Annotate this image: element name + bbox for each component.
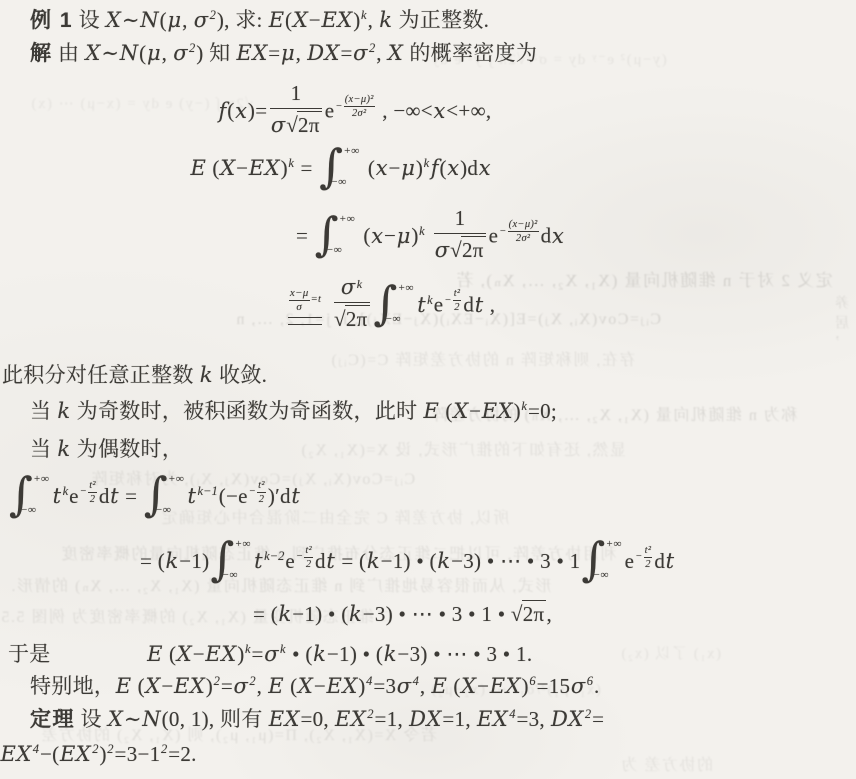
variable: X bbox=[105, 8, 121, 32]
variable: t bbox=[665, 549, 675, 573]
text-run: 此积分对任意正整数 bbox=[2, 363, 199, 387]
text-run: • ( bbox=[287, 642, 313, 666]
variable: k bbox=[383, 642, 397, 666]
text-run: k bbox=[424, 156, 430, 170]
denominator: σ√2π bbox=[434, 234, 485, 263]
text-run: − bbox=[384, 224, 396, 248]
tiny-fraction: x−μσ bbox=[289, 288, 310, 314]
double-line bbox=[288, 317, 322, 325]
text-run: 设 bbox=[73, 8, 105, 32]
variable: σ bbox=[396, 674, 412, 698]
sqrt-radical: √2π bbox=[511, 600, 547, 627]
variable: k bbox=[379, 8, 393, 32]
variable: EX bbox=[335, 707, 367, 731]
text-run: =0, bbox=[300, 707, 334, 731]
integral-sign: ∫+∞−∞ bbox=[319, 145, 359, 189]
variable: EX bbox=[326, 674, 358, 698]
variable: X bbox=[85, 41, 101, 65]
variable: f bbox=[218, 99, 227, 123]
text-run: − bbox=[477, 674, 489, 698]
upper-limit: +∞ bbox=[398, 282, 414, 295]
denominator: 2 bbox=[257, 493, 266, 505]
text-run: =15 bbox=[537, 674, 571, 698]
text-run: −3) • ⋯ • 3 • 1 • bbox=[363, 602, 511, 626]
denominator: 2 bbox=[304, 558, 313, 570]
variable: t bbox=[326, 549, 336, 573]
text-run: − bbox=[193, 642, 205, 666]
text-run: ( bbox=[439, 156, 446, 180]
variable: σ bbox=[340, 275, 356, 299]
text-run: = bbox=[252, 642, 264, 666]
text-run: 2 bbox=[189, 41, 195, 55]
text-run: 2 bbox=[92, 742, 98, 756]
superscript: 6 bbox=[587, 674, 593, 688]
fraction: σk√2π bbox=[334, 275, 370, 332]
text-run: =2. bbox=[168, 742, 197, 766]
text-run: 的概率密度为 bbox=[404, 41, 537, 65]
tiny-fraction: t²2 bbox=[304, 545, 313, 570]
denominator: σ√2π bbox=[270, 109, 321, 138]
text-run: , bbox=[162, 41, 173, 65]
variable: k bbox=[57, 399, 71, 423]
text-run: , bbox=[420, 674, 431, 698]
exponent-sign: − bbox=[335, 102, 342, 113]
superscript: 2 bbox=[189, 41, 195, 55]
text-run: 1 bbox=[455, 206, 466, 230]
text-run: ( bbox=[132, 674, 145, 698]
text-run: k bbox=[357, 277, 362, 291]
superscript: 4 bbox=[33, 742, 39, 756]
denominator: 2σ² bbox=[344, 107, 375, 119]
even-k-case-line: 当 k 为偶数时， bbox=[30, 437, 183, 462]
superscript: k bbox=[427, 293, 433, 307]
superscript: 4 bbox=[413, 674, 419, 688]
text-run: ( bbox=[207, 156, 220, 180]
variable: σ bbox=[193, 8, 209, 32]
solution-intro-line: 解 由 X∼N(μ, σ2) 知 EX=μ, DX=σ2, X 的概率密度为 bbox=[30, 41, 537, 66]
text-run: d bbox=[463, 293, 474, 317]
variable: X bbox=[292, 8, 308, 32]
variable: X bbox=[107, 707, 123, 731]
text-run: 2π bbox=[523, 602, 545, 626]
text-run: e bbox=[434, 293, 444, 317]
text-run: 2 bbox=[585, 707, 591, 721]
upper-limit: +∞ bbox=[33, 473, 49, 486]
variable: EX bbox=[0, 742, 32, 766]
variable: μ bbox=[280, 41, 295, 65]
text-run bbox=[426, 224, 432, 248]
integral-sign: ∫+∞−∞ bbox=[210, 538, 250, 582]
fraction: 1σ√2π bbox=[434, 206, 485, 263]
numerator: t² bbox=[304, 545, 313, 558]
variable: t bbox=[417, 293, 427, 317]
integral-sign: ∫+∞−∞ bbox=[144, 473, 184, 517]
numerator: 1 bbox=[270, 81, 321, 109]
variable: X bbox=[461, 674, 477, 698]
variable: k bbox=[437, 549, 451, 573]
superscript: k bbox=[424, 156, 430, 170]
text-run: , bbox=[296, 41, 307, 65]
integral-sign: ∫+∞−∞ bbox=[374, 282, 414, 326]
text-run: − bbox=[236, 156, 248, 180]
radicand: 2π bbox=[297, 111, 322, 138]
variable: EX bbox=[248, 156, 280, 180]
numerator: t² bbox=[88, 480, 97, 493]
variable: N bbox=[119, 41, 139, 65]
radicand: 2π bbox=[345, 305, 370, 332]
superscript: 2 bbox=[369, 41, 375, 55]
text-run: =3, bbox=[516, 707, 550, 731]
text-run: 设 bbox=[75, 707, 107, 731]
text-run: d bbox=[315, 549, 326, 573]
text-run: , bbox=[546, 602, 552, 626]
tiny-fraction: (x−μ)²2σ² bbox=[344, 94, 375, 119]
variable: X bbox=[387, 41, 403, 65]
sqrt-radical: √2π bbox=[450, 236, 486, 263]
variable: k bbox=[349, 602, 363, 626]
variable: N bbox=[142, 707, 162, 731]
lower-limit: −∞ bbox=[385, 313, 414, 326]
text-run: 特别地， bbox=[30, 674, 115, 698]
integral-sign: ∫+∞−∞ bbox=[315, 213, 355, 257]
text-run: ( bbox=[448, 674, 461, 698]
tiny-fraction: (x−μ)²2σ² bbox=[508, 219, 539, 244]
text-run: 1 bbox=[291, 81, 302, 105]
text-run: ) bbox=[281, 156, 288, 180]
text-run: 收敛. bbox=[213, 363, 267, 387]
special-cases-line: 特别地，E (X−EX)2=σ2, E (X−EX)4=3σ4, E (X−EX… bbox=[30, 674, 600, 699]
text-run: 2 bbox=[161, 742, 167, 756]
text-run: ) bbox=[206, 674, 213, 698]
expectation-integral-line: E (X−EX)k = ∫+∞−∞ (x−μ)kf(x)dx bbox=[190, 148, 492, 192]
variable: E bbox=[115, 674, 132, 698]
text-run: 2 bbox=[249, 674, 255, 688]
text-run: )= bbox=[248, 99, 267, 123]
numerator: (x−μ)² bbox=[508, 219, 539, 232]
superscript: 2 bbox=[585, 707, 591, 721]
lower-limit: −∞ bbox=[222, 569, 251, 582]
superscript: k bbox=[280, 642, 286, 656]
text-run: 2π bbox=[462, 238, 484, 262]
radicand: 2π bbox=[461, 236, 486, 263]
exponent-fraction: −t²2 bbox=[80, 480, 97, 505]
text-run: e bbox=[325, 99, 335, 123]
variable: σ bbox=[264, 642, 280, 666]
text-run: ( bbox=[362, 156, 375, 180]
denominator: 2 bbox=[644, 558, 653, 570]
text-run: ( bbox=[358, 224, 371, 248]
tiny-fraction: t²2 bbox=[88, 480, 97, 505]
variable: EX bbox=[321, 8, 353, 32]
exponent-fraction: −(x−μ)²2σ² bbox=[499, 219, 538, 244]
denominator: 2 bbox=[453, 301, 462, 313]
text-run: . bbox=[594, 674, 600, 698]
text-run: 6 bbox=[587, 674, 593, 688]
superscript: 2 bbox=[92, 742, 98, 756]
variable: x bbox=[433, 99, 446, 123]
superscript: k bbox=[288, 156, 294, 170]
text-run: 4 bbox=[366, 674, 372, 688]
text-run: − bbox=[389, 156, 401, 180]
text-run: d bbox=[541, 224, 552, 248]
text-run: 当 bbox=[30, 437, 57, 461]
text-run: 2π bbox=[346, 307, 368, 331]
text-run: ) 知 bbox=[196, 41, 236, 65]
text-run: =1, bbox=[375, 707, 409, 731]
text-run: 6 bbox=[529, 674, 535, 688]
text-run: = bbox=[120, 484, 143, 508]
variable: EX bbox=[481, 399, 513, 423]
text-run: =3 bbox=[373, 674, 396, 698]
variable: σ bbox=[570, 674, 586, 698]
text-run: 2 bbox=[369, 41, 375, 55]
tiny-fraction: t²2 bbox=[644, 545, 653, 570]
text-run: k bbox=[361, 8, 367, 22]
text-run: ) bbox=[522, 674, 529, 698]
text-run: <+∞, bbox=[446, 99, 491, 123]
exponent-fraction: −t²2 bbox=[444, 288, 461, 313]
superscript: k bbox=[361, 8, 367, 22]
superscript: 2 bbox=[107, 742, 113, 756]
text-run: k−2 bbox=[264, 549, 284, 563]
variable: E bbox=[268, 8, 285, 32]
text-run: −3) • ⋯ • 3 • 1 bbox=[451, 549, 580, 573]
variable: X bbox=[220, 156, 236, 180]
variable: μ bbox=[167, 8, 182, 32]
superscript: k bbox=[357, 277, 362, 291]
radicand: 2π bbox=[522, 600, 547, 627]
denominator: σ bbox=[289, 301, 310, 314]
variable: σ bbox=[233, 674, 249, 698]
integral-limits: +∞−∞ bbox=[235, 538, 251, 582]
text-run: = bbox=[221, 674, 233, 698]
numerator: t² bbox=[453, 288, 462, 301]
denominator: 2 bbox=[88, 493, 97, 505]
text-run: = bbox=[341, 41, 353, 65]
text-run: ) bbox=[411, 224, 418, 248]
upper-limit: +∞ bbox=[168, 473, 184, 486]
text-run: 2 bbox=[214, 674, 220, 688]
text-run: , bbox=[182, 8, 193, 32]
exponent-fraction: −t²2 bbox=[296, 545, 313, 570]
variable: X bbox=[453, 399, 469, 423]
numerator: (x−μ)² bbox=[344, 94, 375, 107]
text-run: ) bbox=[100, 742, 107, 766]
variable: X bbox=[145, 674, 161, 698]
superscript: 4 bbox=[366, 674, 372, 688]
variable: EX bbox=[236, 41, 268, 65]
variable: DX bbox=[409, 707, 443, 731]
text-run: k bbox=[280, 642, 286, 656]
text-run: −1) • ( bbox=[381, 549, 437, 573]
bold-label: 定理 bbox=[30, 708, 75, 731]
superscript: k bbox=[419, 224, 425, 238]
exponent-sign: − bbox=[499, 227, 506, 238]
integral-limits: +∞−∞ bbox=[398, 282, 414, 326]
variable: N bbox=[140, 8, 160, 32]
integral-limits: +∞−∞ bbox=[343, 145, 359, 189]
variable: DX bbox=[551, 707, 585, 731]
tiny-fraction: t²2 bbox=[453, 288, 462, 313]
superscript: 2 bbox=[210, 8, 216, 22]
example-1-heading-line: 例 1 设 X∼N(μ, σ2), 求: E(X−EX)k, k 为正整数. bbox=[30, 8, 489, 33]
variable: E bbox=[423, 399, 440, 423]
variable: E bbox=[268, 674, 285, 698]
text-run: = bbox=[295, 156, 318, 180]
variable: E bbox=[190, 156, 207, 180]
variable: x bbox=[375, 156, 388, 180]
upper-limit: +∞ bbox=[343, 145, 359, 158]
variable: EX bbox=[476, 707, 508, 731]
recursion-result-line: = (k−1) • (k−3) • ⋯ • 3 • 1 • √2π, bbox=[253, 600, 552, 627]
text-run: (0, 1), 则有 bbox=[162, 707, 269, 731]
variable: σ bbox=[434, 238, 450, 262]
variable: k bbox=[57, 437, 71, 461]
text-run: 为正整数. bbox=[393, 8, 489, 32]
theorem-continuation-line: EX4−(EX2)2=3−12=2. bbox=[0, 742, 197, 767]
integral-limits: +∞−∞ bbox=[33, 473, 49, 517]
variable: t bbox=[110, 484, 120, 508]
superscript: 2 bbox=[214, 674, 220, 688]
superscript: 2 bbox=[249, 674, 255, 688]
text-run: 2 bbox=[107, 742, 113, 756]
variable: μ bbox=[396, 224, 411, 248]
scanned-textbook-page: (y−μ)² e⁻ʸ dy = σ²/√2π ∫ y² e dy√2π ∫ (−… bbox=[0, 0, 856, 779]
variable: x bbox=[447, 156, 460, 180]
text-run: = bbox=[592, 707, 604, 731]
text-run: =3−1 bbox=[115, 742, 161, 766]
exponent-sign: − bbox=[444, 296, 451, 307]
tiny-fraction: t²2 bbox=[257, 480, 266, 505]
lower-limit: −∞ bbox=[20, 504, 49, 517]
page-content: 例 1 设 X∼N(μ, σ2), 求: E(X−EX)k, k 为正整数. 解… bbox=[0, 0, 856, 779]
text-run: d bbox=[654, 549, 665, 573]
text-run: − bbox=[161, 674, 173, 698]
variable: k bbox=[366, 549, 380, 573]
variable: σ bbox=[353, 41, 369, 65]
text-run: ) bbox=[416, 156, 423, 180]
numerator: 1 bbox=[434, 206, 485, 234]
variable: σ bbox=[173, 41, 189, 65]
text-run: , bbox=[484, 293, 495, 317]
integral-sign: ∫+∞−∞ bbox=[582, 538, 622, 582]
text-run: ( bbox=[285, 674, 298, 698]
text-run: −1) bbox=[179, 549, 209, 573]
variable: EX bbox=[59, 742, 91, 766]
exponent-sign: − bbox=[635, 552, 642, 563]
denominator: √2π bbox=[334, 303, 370, 332]
text-run: = ( bbox=[253, 602, 278, 626]
text-run: , bbox=[257, 674, 268, 698]
exponent-sign: − bbox=[80, 487, 87, 498]
text-run: ) bbox=[358, 674, 365, 698]
variable: k bbox=[165, 549, 179, 573]
text-run: k−1 bbox=[197, 484, 217, 498]
bold-label: 例 1 bbox=[30, 9, 73, 32]
text-run: ( bbox=[440, 399, 453, 423]
bold-label: 解 bbox=[30, 42, 53, 65]
variable: EX bbox=[489, 674, 521, 698]
integral-limits: +∞−∞ bbox=[168, 473, 184, 517]
text-run: ∼ bbox=[124, 707, 142, 731]
text-run: = ( bbox=[336, 549, 367, 573]
text-run: − bbox=[469, 399, 481, 423]
variable: σ bbox=[270, 113, 286, 137]
text-run: 4 bbox=[509, 707, 515, 721]
text-run: 于是 bbox=[8, 642, 51, 666]
text-run: ∼ bbox=[122, 8, 140, 32]
text-run: 由 bbox=[53, 41, 85, 65]
variable: E bbox=[431, 674, 448, 698]
integral-sign: ∫+∞−∞ bbox=[9, 473, 49, 517]
lower-limit: −∞ bbox=[330, 176, 359, 189]
variable: X bbox=[176, 642, 192, 666]
integral-limits: +∞−∞ bbox=[606, 538, 622, 582]
text-run: k bbox=[521, 399, 527, 413]
variable: EX bbox=[268, 707, 300, 731]
text-run: )d bbox=[460, 156, 478, 180]
sqrt-radical: √2π bbox=[286, 111, 322, 138]
numerator: x−μ bbox=[289, 288, 310, 302]
exponent-fraction: −(x−μ)²2σ² bbox=[335, 94, 374, 119]
text-run: ∼ bbox=[101, 41, 119, 65]
text-run: d bbox=[99, 484, 110, 508]
text-run: k bbox=[245, 642, 251, 656]
text-run: k bbox=[63, 484, 69, 498]
text-run: −1) • ( bbox=[292, 602, 348, 626]
superscript: k bbox=[245, 642, 251, 656]
variable: k bbox=[313, 642, 327, 666]
text-run: ) bbox=[353, 8, 360, 32]
text-run: −( bbox=[40, 742, 59, 766]
exponent-fraction: −t²2 bbox=[249, 480, 266, 505]
integration-by-parts-line: ∫+∞−∞tke−t²2dt = ∫+∞−∞tk−1(−e−t²2)′dt bbox=[8, 476, 301, 520]
variable: t bbox=[254, 549, 264, 573]
conclusion-line: 于是E (X−EX)k=σk • (k−1) • (k−3) • ⋯ • 3 •… bbox=[8, 642, 532, 667]
text-run: − bbox=[309, 8, 321, 32]
text-run: , bbox=[376, 41, 387, 65]
text-run: e bbox=[489, 224, 499, 248]
theorem-line: 定理 设 X∼N(0, 1), 则有 EX=0, EX2=1, DX=1, EX… bbox=[30, 707, 604, 732]
equals-t: =t bbox=[311, 294, 322, 307]
superscript: k bbox=[63, 484, 69, 498]
superscript: 6 bbox=[529, 674, 535, 688]
fraction: 1σ√2π bbox=[270, 81, 321, 138]
variable: EX bbox=[205, 642, 237, 666]
text-run: =1, bbox=[442, 707, 476, 731]
text-run: = ( bbox=[140, 549, 165, 573]
superscript: 2 bbox=[161, 742, 167, 756]
text-run: )′d bbox=[268, 484, 291, 508]
text-run: 2 bbox=[210, 8, 216, 22]
variable: E bbox=[147, 642, 164, 666]
text-run: ) bbox=[237, 642, 244, 666]
exponent-sign: − bbox=[249, 487, 256, 498]
variable: x bbox=[371, 224, 384, 248]
text-run: k bbox=[419, 224, 425, 238]
text-run: e bbox=[625, 549, 635, 573]
substitution-annotation: x−μσ=t bbox=[289, 288, 321, 314]
variable: k bbox=[199, 363, 213, 387]
sqrt-radical: √2π bbox=[334, 305, 370, 332]
variable: t bbox=[291, 484, 301, 508]
variable: x bbox=[235, 99, 248, 123]
numerator: t² bbox=[644, 545, 653, 558]
superscript: k bbox=[521, 399, 527, 413]
variable: x bbox=[478, 156, 491, 180]
superscript: k−2 bbox=[264, 549, 284, 563]
lower-limit: −∞ bbox=[155, 504, 184, 517]
